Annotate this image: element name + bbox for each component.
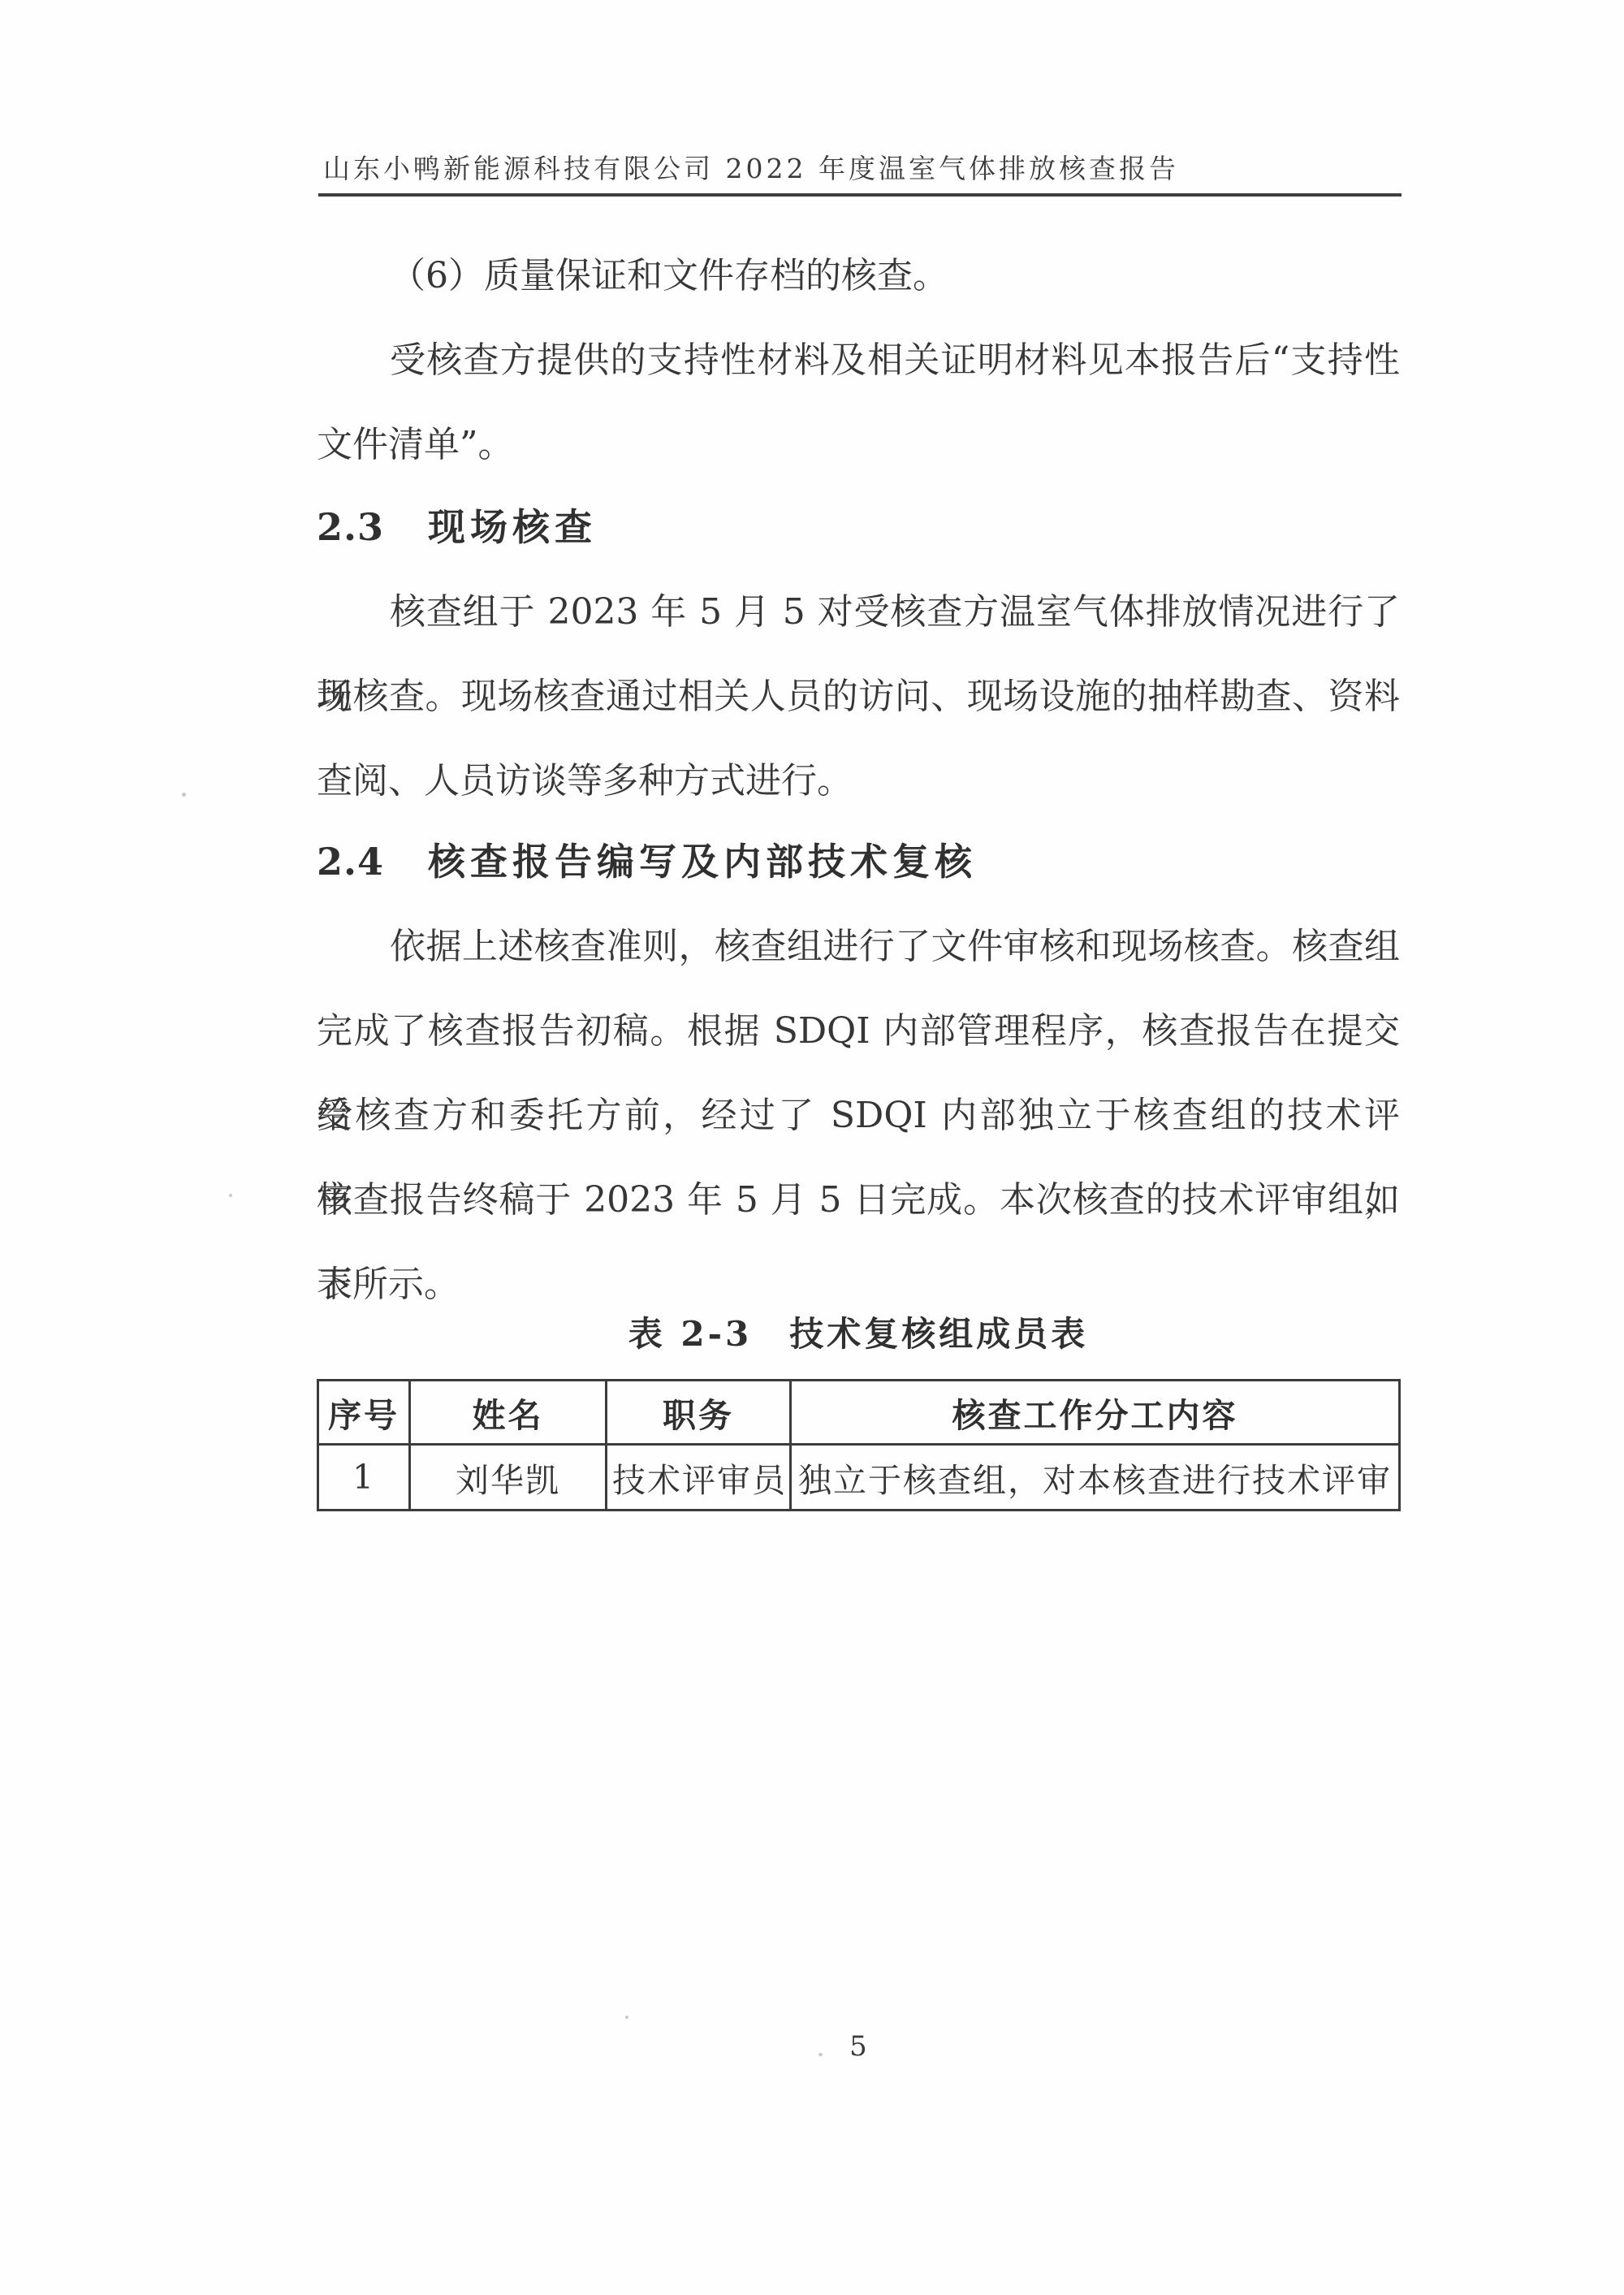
scan-speck <box>818 2053 823 2056</box>
paragraph-line: 受核查方提供的支持性材料及相关证明材料见本报告后“支持性 <box>317 318 1400 403</box>
table-caption: 表 2-3 技术复核组成员表 <box>317 1309 1400 1359</box>
table-header-row: 序号 姓名 职务 核查工作分工内容 <box>318 1381 1400 1445</box>
section-heading-2-3: 2.3现场核查 <box>317 499 1400 555</box>
paragraph-line: 文件清单”。 <box>317 403 1400 487</box>
paragraph-item-6: （6）质量保证和文件存档的核查。 <box>317 234 1400 318</box>
header-rule <box>318 193 1402 197</box>
paragraph-line: （6）质量保证和文件存档的核查。 <box>317 234 1400 318</box>
paragraph-line: 完成了核查报告初稿。根据 SDQI 内部管理程序，核查报告在提交给 <box>317 989 1400 1074</box>
review-team-table: 序号 姓名 职务 核查工作分工内容 1 刘华凯 技术评审员 独立于核查组，对本核… <box>317 1379 1401 1511</box>
paragraph-line: 查阅、人员访谈等多种方式进行。 <box>317 739 1400 823</box>
table-row: 1 刘华凯 技术评审员 独立于核查组，对本核查进行技术评审 <box>318 1445 1400 1511</box>
section-heading-2-4: 2.4核查报告编写及内部技术复核 <box>317 833 1400 890</box>
table-header-name: 姓名 <box>410 1381 607 1445</box>
paragraph-line: 核查组于 2023 年 5 月 5 对受核查方温室气体排放情况进行了现 <box>317 570 1400 655</box>
scan-speck <box>229 1194 232 1197</box>
section-title: 核查报告编写及内部技术复核 <box>428 840 977 884</box>
scan-speck <box>625 2016 628 2019</box>
paragraph-onsite-verification: 核查组于 2023 年 5 月 5 对受核查方温室气体排放情况进行了现 场核查。… <box>317 570 1400 823</box>
section-title: 现场核查 <box>428 505 597 549</box>
paragraph-line: 场核查。现场核查通过相关人员的访问、现场设施的抽样勘查、资料 <box>317 655 1400 739</box>
cell-duty: 独立于核查组，对本核查进行技术评审 <box>791 1445 1400 1511</box>
paragraph-supporting-materials: 受核查方提供的支持性材料及相关证明材料见本报告后“支持性 文件清单”。 <box>317 318 1400 487</box>
cell-index: 1 <box>318 1445 410 1511</box>
section-number: 2.4 <box>317 833 384 890</box>
page-number: 5 <box>317 2029 1400 2064</box>
paragraph-line: 依据上述核查准则，核查组进行了文件审核和现场核查。核查组 <box>317 905 1400 989</box>
table-header-index: 序号 <box>318 1381 410 1445</box>
cell-role: 技术评审员 <box>607 1445 791 1511</box>
table-header-role: 职务 <box>607 1381 791 1445</box>
paragraph-line: 核查报告终稿于 2023 年 5 月 5 日完成。本次核查的技术评审组如下 <box>317 1158 1400 1243</box>
paragraph-report-drafting: 依据上述核查准则，核查组进行了文件审核和现场核查。核查组 完成了核查报告初稿。根… <box>317 905 1400 1327</box>
paragraph-line: 受核查方和委托方前，经过了 SDQI 内部独立于核查组的技术评审， <box>317 1074 1400 1158</box>
cell-name: 刘华凯 <box>410 1445 607 1511</box>
page-header-title: 山东小鸭新能源科技有限公司 2022 年度温室气体排放核查报告 <box>323 151 1403 187</box>
section-number: 2.3 <box>317 499 384 555</box>
table-header-duty: 核查工作分工内容 <box>791 1381 1400 1445</box>
document-page: 山东小鸭新能源科技有限公司 2022 年度温室气体排放核查报告 （6）质量保证和… <box>0 0 1624 2295</box>
scan-speck <box>182 793 186 797</box>
